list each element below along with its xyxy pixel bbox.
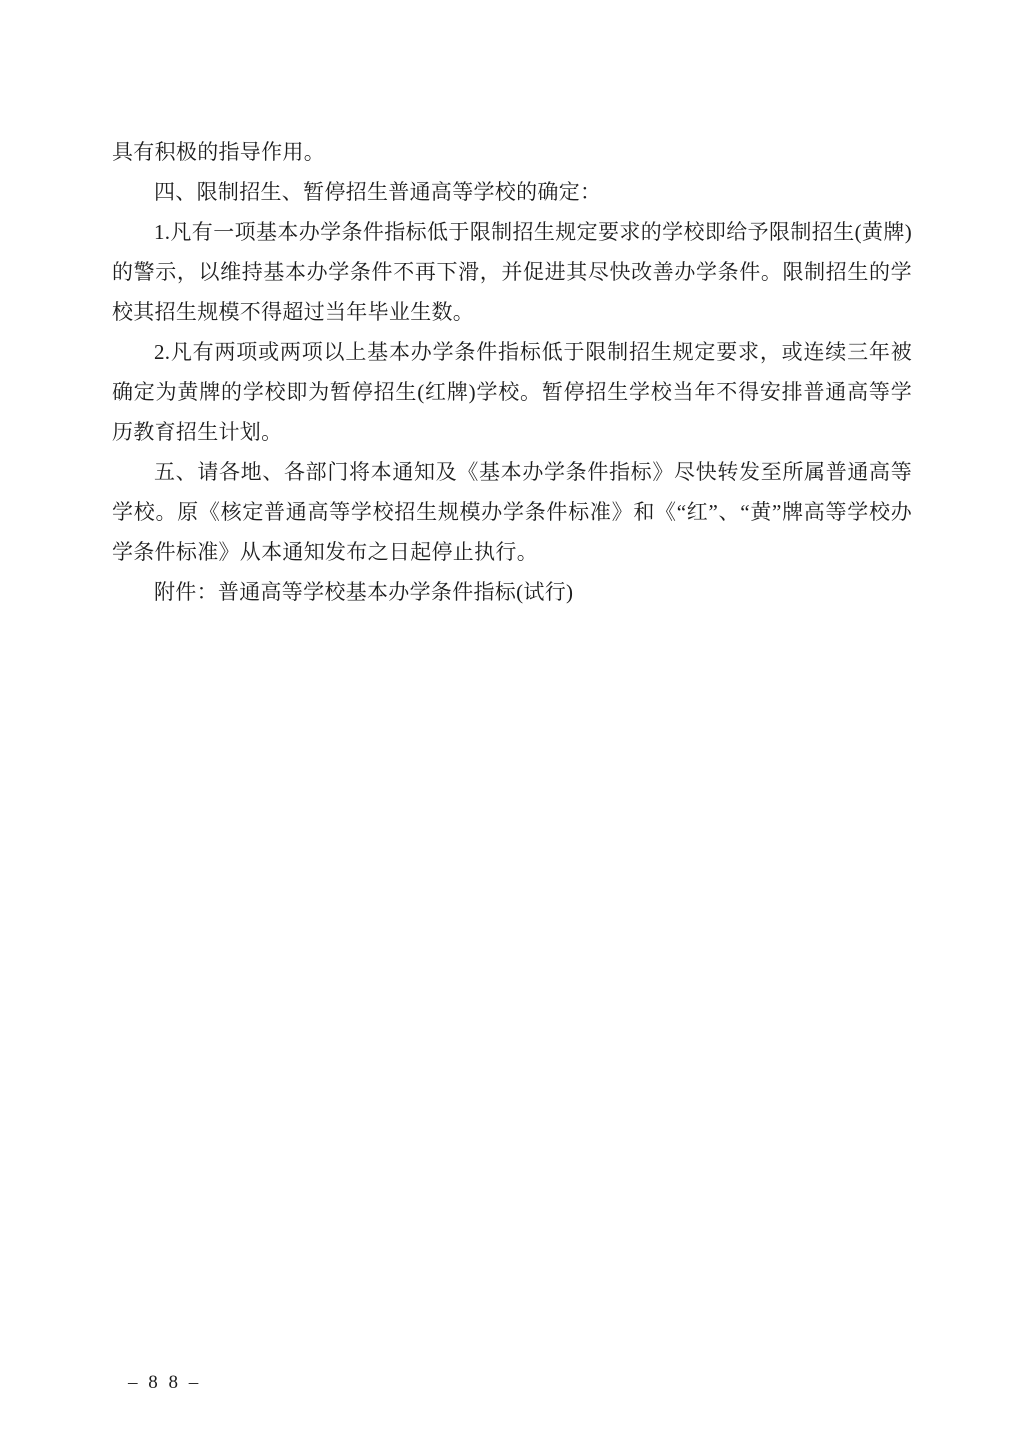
paragraph-item-1-yellow-card: 1.凡有一项基本办学条件指标低于限制招生规定要求的学校即给予限制招生(黄牌)的警… <box>112 212 912 332</box>
section-heading-four: 四、限制招生、暂停招生普通高等学校的确定： <box>112 172 912 212</box>
attachment-line: 附件：普通高等学校基本办学条件指标(试行) <box>112 572 912 612</box>
section-heading-five: 五、请各地、各部门将本通知及《基本办学条件指标》尽快转发至所属普通高等学校。原《… <box>112 452 912 572</box>
document-body: 具有积极的指导作用。 四、限制招生、暂停招生普通高等学校的确定： 1.凡有一项基… <box>112 132 912 612</box>
document-page: 具有积极的指导作用。 四、限制招生、暂停招生普通高等学校的确定： 1.凡有一项基… <box>0 0 1024 1448</box>
paragraph-continuation: 具有积极的指导作用。 <box>112 132 912 172</box>
page-number: – 8 8 – <box>128 1372 201 1394</box>
paragraph-item-2-red-card: 2.凡有两项或两项以上基本办学条件指标低于限制招生规定要求，或连续三年被确定为黄… <box>112 332 912 452</box>
